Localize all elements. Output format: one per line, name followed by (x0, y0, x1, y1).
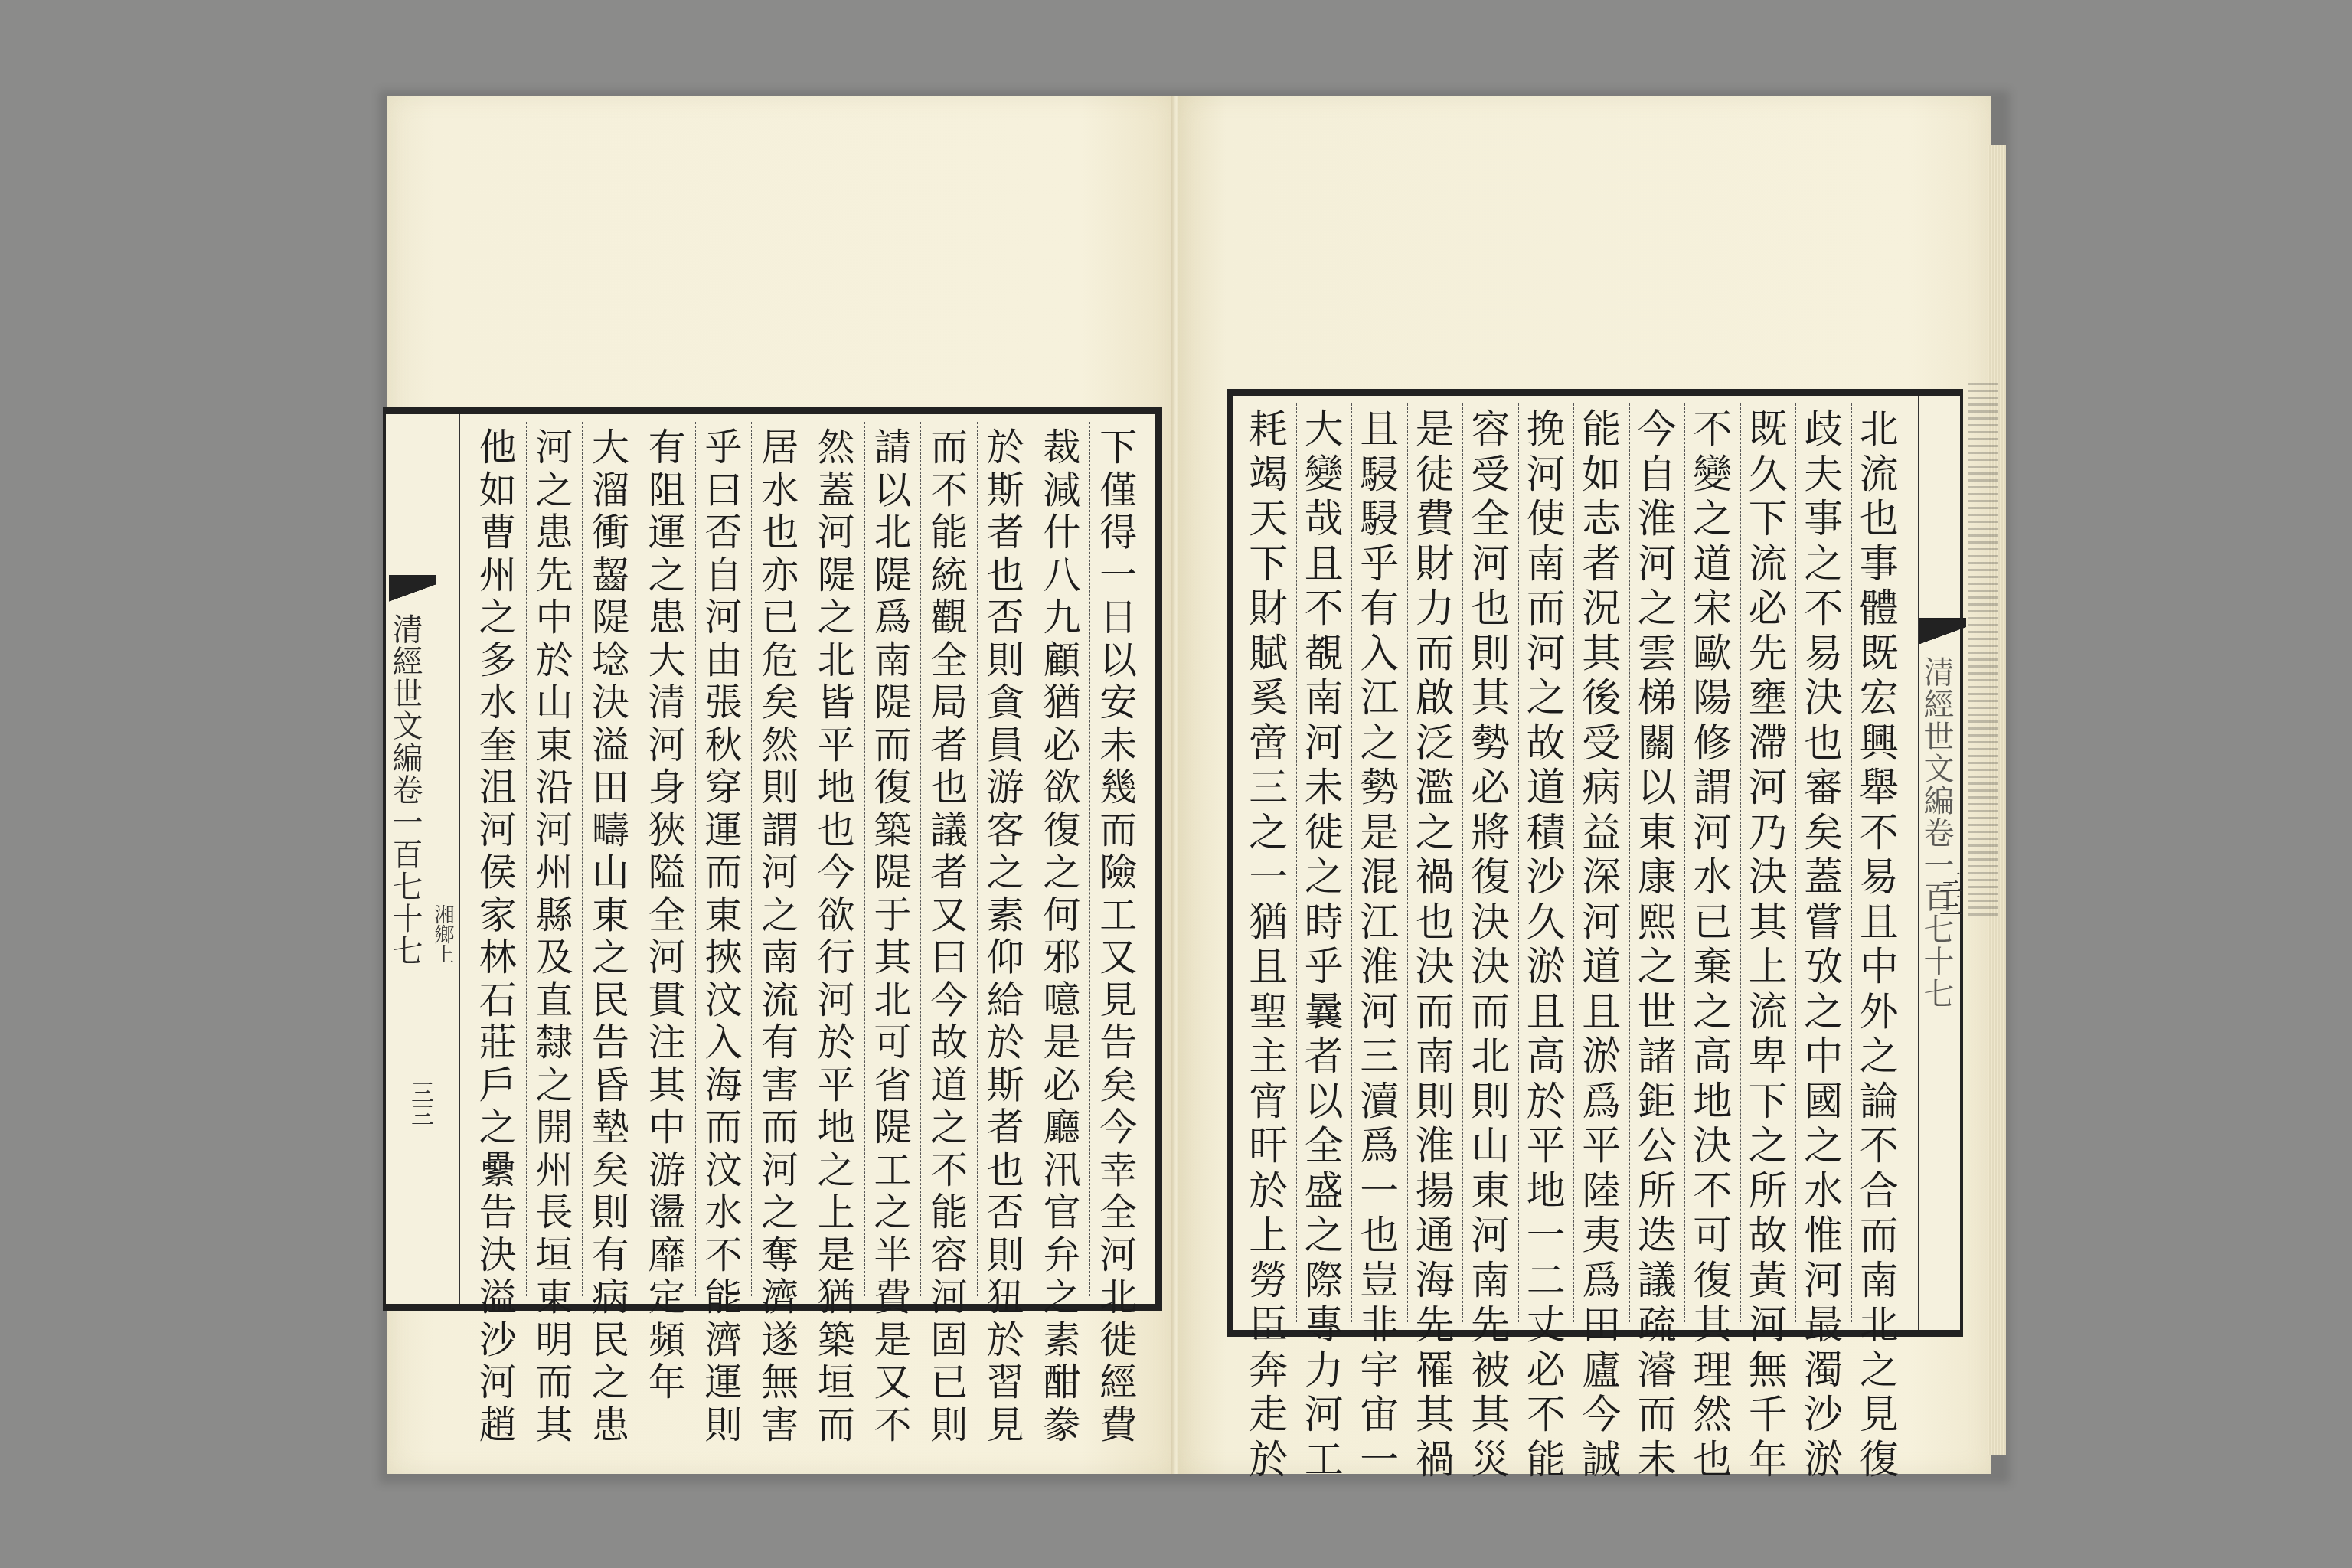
text-column: 居水也亦已危矣然則謂河之南流有害而河之奪濟遂無害 (751, 422, 808, 1296)
character: 矣 (592, 1149, 629, 1192)
character: 工 (874, 1149, 911, 1192)
character: 州 (535, 851, 573, 894)
character: 官 (1043, 1191, 1080, 1234)
character: 主 (1249, 1035, 1288, 1080)
character: 矣 (1804, 812, 1843, 857)
character: 地 (1693, 1080, 1732, 1125)
fishtail-mark-icon (389, 575, 436, 606)
character: 財 (1416, 543, 1455, 588)
character: 且 (1582, 991, 1621, 1036)
character: 地 (818, 1106, 855, 1149)
character: 之 (1804, 1125, 1843, 1170)
character: 豢 (1043, 1404, 1080, 1447)
character: 鉅 (1638, 1080, 1677, 1125)
character: 由 (704, 639, 742, 682)
character: 況 (1582, 587, 1621, 632)
character: 謂 (761, 809, 799, 852)
character: 築 (874, 809, 911, 852)
character: 其 (1471, 677, 1510, 722)
character: 於 (987, 1021, 1024, 1064)
character: 水 (479, 681, 517, 724)
character: 也 (987, 554, 1024, 597)
character: 北 (1860, 408, 1899, 453)
character: 則 (704, 1404, 742, 1447)
character: 歐 (1693, 632, 1732, 678)
character: 素 (987, 894, 1024, 937)
character: 溢 (479, 1276, 517, 1319)
character: 決 (592, 681, 629, 724)
character: 否 (987, 596, 1024, 639)
character: 又 (1099, 936, 1137, 979)
character: 何 (1043, 894, 1080, 937)
character: 費 (1416, 498, 1455, 543)
character: 之 (1860, 1035, 1899, 1080)
character: 八 (1043, 554, 1080, 597)
character: 然 (1693, 1393, 1732, 1439)
text-column: 裁減什八九顧猶必欲復之何邪噫是必廳汛官弁之素酣豢 (1034, 422, 1090, 1296)
character: 之 (1305, 1214, 1344, 1259)
character: 道 (1582, 946, 1621, 991)
character: 噫 (1043, 979, 1080, 1022)
character: 蓋 (818, 469, 855, 512)
character: 壅 (1749, 677, 1788, 722)
character: 者 (1582, 543, 1621, 588)
character: 勢 (1471, 722, 1510, 767)
character: 豈 (1360, 1259, 1399, 1305)
character: 河 (648, 936, 686, 979)
character: 而 (930, 426, 968, 469)
character: 清 (648, 681, 686, 724)
character: 全 (1099, 1191, 1137, 1234)
character: 之 (1749, 1125, 1788, 1170)
character: 不 (930, 469, 968, 512)
character: 之 (479, 1106, 517, 1149)
character: 中 (535, 596, 573, 639)
left-text-columns: 下僅得一日以安未幾而險工又見告矣今幸全河北徙經費裁減什八九顧猶必欲復之何邪噫是必… (470, 422, 1146, 1296)
character: 南 (1527, 543, 1566, 588)
character: 河 (535, 809, 573, 852)
character: 患 (535, 511, 573, 554)
character: 州 (479, 554, 517, 597)
character: 有 (648, 426, 686, 469)
character: 乎 (1360, 543, 1399, 588)
character: 河 (1471, 543, 1510, 588)
character: 年 (1749, 1439, 1788, 1484)
character: 久 (1527, 901, 1566, 946)
character: 則 (761, 766, 799, 809)
character: 道 (1527, 766, 1566, 812)
left-fold-strip: 清經世文編卷一百七十七 湘鄉上 三三 (389, 414, 460, 1304)
character: 否 (987, 1191, 1024, 1234)
character: 經 (1099, 1361, 1137, 1404)
character: 減 (1043, 469, 1080, 512)
character: 國 (1804, 1080, 1843, 1125)
character: 駸 (1360, 498, 1399, 543)
character: 隄 (874, 554, 911, 597)
character: 貫 (648, 979, 686, 1022)
character: 張 (704, 681, 742, 724)
character: 害 (761, 1064, 799, 1107)
text-column: 河之患先中於山東沿河州縣及直隸之開州長垣東明而其 (526, 422, 583, 1296)
character: 今 (1638, 408, 1677, 453)
character: 他 (479, 426, 517, 469)
text-column: 不變之道宋歐陽修謂河水已棄之高地決不可復其理然也 (1684, 403, 1740, 1322)
character: 而 (1471, 991, 1510, 1036)
character: 民 (592, 1319, 629, 1362)
character: 昏 (592, 1064, 629, 1107)
character: 省 (874, 1064, 911, 1107)
character: 之 (818, 1149, 855, 1192)
character: 費 (1099, 1404, 1137, 1447)
character: 決 (479, 1234, 517, 1277)
character: 東 (592, 894, 629, 937)
character: 之 (1693, 991, 1732, 1036)
character: 仰 (987, 936, 1024, 979)
character: 而 (1099, 809, 1137, 852)
character: 統 (930, 554, 968, 597)
character: 濟 (761, 1276, 799, 1319)
character: 田 (1582, 1304, 1621, 1349)
character: 沙 (1804, 1393, 1843, 1439)
character: 水 (761, 469, 799, 512)
character: 大 (648, 639, 686, 682)
character: 先 (1416, 1304, 1455, 1349)
character: 奚 (1249, 677, 1288, 722)
character: 穿 (704, 766, 742, 809)
character: 水 (1804, 1170, 1843, 1215)
character: 下 (1249, 543, 1288, 588)
character: 故 (930, 1021, 968, 1064)
character: 沙 (479, 1319, 517, 1362)
character: 駸 (1360, 453, 1399, 498)
character: 黃 (1749, 1259, 1788, 1305)
character: 然 (761, 724, 799, 767)
character: 全 (1305, 1125, 1344, 1170)
character: 之 (592, 936, 629, 979)
character: 以 (1099, 639, 1137, 682)
character: 熙 (1638, 901, 1677, 946)
character: 河 (1527, 632, 1566, 678)
character: 定 (648, 1276, 686, 1319)
character: 縣 (535, 894, 573, 937)
character: 不 (1305, 587, 1344, 632)
character: 之 (761, 1191, 799, 1234)
character: 全 (930, 639, 968, 682)
character: 運 (704, 809, 742, 852)
character: 曰 (704, 469, 742, 512)
character: 也 (1416, 901, 1455, 946)
character: 非 (1360, 1304, 1399, 1349)
character: 罹 (1416, 1349, 1455, 1394)
character: 且 (1305, 543, 1344, 588)
character: 於 (1527, 1080, 1566, 1125)
character: 乎 (704, 426, 742, 469)
character: 哉 (1305, 498, 1344, 543)
character: 今 (1099, 1106, 1137, 1149)
character: 中 (648, 1106, 686, 1149)
character: 東 (535, 724, 573, 767)
character: 則 (930, 1404, 968, 1447)
character: 復 (1043, 809, 1080, 852)
character: 決 (1471, 946, 1510, 991)
character: 上 (1249, 1214, 1288, 1259)
character: 其 (1582, 632, 1621, 678)
character: 則 (987, 1234, 1024, 1277)
character: 河 (1582, 901, 1621, 946)
character: 二 (1527, 1259, 1566, 1305)
character: 迭 (1638, 1214, 1677, 1259)
character: 之 (930, 1106, 968, 1149)
character: 隄 (818, 554, 855, 597)
character: 後 (1582, 677, 1621, 722)
character: 北 (818, 639, 855, 682)
fishtail-mark-icon (1919, 618, 1966, 648)
character: 而 (818, 1404, 855, 1447)
character: 河 (1693, 812, 1732, 857)
text-column: 然蓋河隄之北皆平地也今欲行河於平地之上是猶築垣而 (808, 422, 864, 1296)
character: 於 (1249, 1439, 1288, 1484)
character: 山 (1471, 1125, 1510, 1170)
character: 瀆 (1360, 1080, 1399, 1125)
text-column: 乎曰否自河由張秋穿運而東挾汶入海而汶水不能濟運則 (695, 422, 752, 1296)
character: 明 (535, 1319, 573, 1362)
character: 也 (930, 766, 968, 809)
character: 如 (1582, 453, 1621, 498)
character: 棄 (1693, 946, 1732, 991)
character: 一 (1099, 554, 1137, 597)
character: 全 (648, 894, 686, 937)
character: 之 (592, 1361, 629, 1404)
character: 之 (479, 596, 517, 639)
character: 疏 (1638, 1304, 1677, 1349)
character: 陽 (1693, 677, 1732, 722)
character: 埝 (592, 639, 629, 682)
fold-title: 清經世文編卷一百七十七 (394, 613, 427, 967)
character: 之 (1804, 543, 1843, 588)
character: 則 (1471, 1080, 1510, 1125)
character: 而 (1527, 587, 1566, 632)
character: 走 (1249, 1393, 1288, 1439)
character: 曹 (479, 511, 517, 554)
character: 必 (1043, 724, 1080, 767)
character: 衝 (592, 511, 629, 554)
character: 欲 (1043, 766, 1080, 809)
character: 議 (1638, 1259, 1677, 1305)
character: 者 (1305, 1035, 1344, 1080)
character: 丈 (1527, 1304, 1566, 1349)
character: 海 (704, 1064, 742, 1107)
character: 大 (592, 426, 629, 469)
character: 纍 (479, 1149, 517, 1192)
character: 啟 (1416, 677, 1455, 722)
character: 入 (1360, 632, 1399, 678)
character: 而 (704, 1106, 742, 1149)
character: 濟 (704, 1319, 742, 1362)
character: 先 (535, 554, 573, 597)
character: 千 (1749, 1393, 1788, 1439)
page-edges-ink-bleed (1968, 383, 1998, 919)
fold-page-number: 三三 (1931, 871, 1965, 916)
character: 河 (1804, 1259, 1843, 1305)
character: 幾 (1099, 766, 1137, 809)
character: 易 (1804, 632, 1843, 678)
character: 而 (535, 1361, 573, 1404)
character: 北 (1860, 1304, 1899, 1349)
character: 隄 (874, 851, 911, 894)
character: 被 (1471, 1349, 1510, 1394)
character: 之 (874, 1191, 911, 1234)
character: 南 (1416, 1035, 1455, 1080)
character: 揚 (1416, 1170, 1455, 1215)
character: 已 (761, 596, 799, 639)
character: 能 (704, 1276, 742, 1319)
character: 啻 (1249, 722, 1288, 767)
character: 勢 (1360, 766, 1399, 812)
fold-title: 清經世文編卷一百七十七 (1925, 656, 1958, 1010)
character: 下 (1099, 426, 1137, 469)
character: 必 (1471, 766, 1510, 812)
character: 矣 (1099, 1064, 1137, 1107)
character: 南 (1305, 677, 1344, 722)
character: 深 (1582, 856, 1621, 901)
character: 觀 (930, 596, 968, 639)
character: 廳 (1043, 1106, 1080, 1149)
character: 濬 (1638, 1349, 1677, 1394)
character: 宵 (1249, 1080, 1288, 1125)
character: 遂 (761, 1319, 799, 1362)
character: 中 (1860, 946, 1899, 991)
character: 世 (1638, 991, 1677, 1036)
character: 覩 (1305, 632, 1344, 678)
character: 論 (1860, 1080, 1899, 1125)
character: 居 (761, 426, 799, 469)
text-column: 有阻運之患大清河身狹隘全河貫注其中游盪靡定頻年 (639, 422, 695, 1296)
character: 梯 (1638, 677, 1677, 722)
character: 平 (1582, 1125, 1621, 1170)
character: 不 (1693, 408, 1732, 453)
character: 是 (874, 1319, 911, 1362)
character: 東 (1471, 1170, 1510, 1215)
character: 力 (1416, 587, 1455, 632)
character: 使 (1527, 498, 1566, 543)
character: 運 (648, 511, 686, 554)
character: 及 (535, 936, 573, 979)
character: 河 (818, 979, 855, 1022)
character: 河 (535, 426, 573, 469)
character: 三 (1360, 1035, 1399, 1080)
character: 險 (1099, 851, 1137, 894)
character: 不 (1527, 1393, 1566, 1439)
character: 變 (1305, 453, 1344, 498)
character: 東 (535, 1276, 573, 1319)
character: 中 (1804, 1035, 1843, 1080)
character: 際 (1305, 1259, 1344, 1305)
character: 議 (930, 809, 968, 852)
character: 顧 (1043, 639, 1080, 682)
character: 頻 (648, 1319, 686, 1362)
character: 之 (1043, 851, 1080, 894)
character: 不 (1860, 1125, 1899, 1170)
character: 南 (874, 639, 911, 682)
character: 僅 (1099, 469, 1137, 512)
character: 斯 (987, 1064, 1024, 1107)
character: 能 (930, 511, 968, 554)
character: 於 (818, 1021, 855, 1064)
character: 盪 (648, 1191, 686, 1234)
character: 汛 (1043, 1149, 1080, 1192)
character: 自 (1638, 453, 1677, 498)
character: 不 (704, 1234, 742, 1277)
character: 能 (930, 1191, 968, 1234)
character: 江 (1360, 901, 1399, 946)
character: 益 (1582, 812, 1621, 857)
right-page-text-frame: 清經世文編卷一百七十七 三三 北流也事體既宏興舉不易且中外之論不合而南北之見復歧… (1227, 389, 1963, 1337)
character: 弁 (1043, 1234, 1080, 1277)
character: 通 (1416, 1214, 1455, 1259)
character: 攷 (1804, 946, 1843, 991)
character: 河 (704, 596, 742, 639)
character: 一 (1249, 856, 1288, 901)
text-column: 既久下流必先壅滯河乃決其上流卑下之所故黃河無千年 (1740, 403, 1796, 1322)
character: 田 (592, 766, 629, 809)
character: 河 (1749, 766, 1788, 812)
character: 什 (1043, 511, 1080, 554)
character: 隘 (648, 851, 686, 894)
character: 素 (1043, 1319, 1080, 1362)
character: 北 (1471, 1035, 1510, 1080)
character: 工 (1305, 1439, 1344, 1484)
character: 害 (761, 1404, 799, 1447)
character: 河 (1471, 1214, 1510, 1259)
character: 也 (818, 809, 855, 852)
character: 靡 (648, 1234, 686, 1277)
character: 病 (592, 1276, 629, 1319)
character: 不 (1860, 812, 1899, 857)
character: 而 (1860, 1214, 1899, 1259)
character: 未 (1099, 724, 1137, 767)
character: 也 (1693, 1439, 1732, 1484)
character: 沙 (1527, 856, 1566, 901)
character: 又 (930, 894, 968, 937)
text-column: 是徒費財力而啟泛濫之禍也決而南則淮揚通海先罹其禍 (1407, 403, 1463, 1322)
text-column: 大溜衝齧隄埝決溢田疇山東之民告昏墊矣則有病民之患 (582, 422, 639, 1296)
character: 合 (1860, 1170, 1899, 1215)
character: 受 (1471, 453, 1510, 498)
character: 危 (761, 639, 799, 682)
character: 工 (1099, 894, 1137, 937)
character: 貪 (987, 681, 1024, 724)
character: 疇 (592, 809, 629, 852)
character: 隄 (592, 596, 629, 639)
character: 久 (1749, 453, 1788, 498)
character: 也 (1360, 1214, 1399, 1259)
character: 河 (818, 511, 855, 554)
character: 復 (1693, 1259, 1732, 1305)
character: 水 (1693, 856, 1732, 901)
character: 猶 (1043, 681, 1080, 724)
character: 淮 (1416, 1125, 1455, 1170)
character: 惟 (1804, 1214, 1843, 1259)
character: 隄 (874, 1106, 911, 1149)
character: 先 (1471, 1304, 1510, 1349)
character: 以 (1305, 1080, 1344, 1125)
character: 淤 (1804, 1439, 1843, 1484)
character: 河 (761, 1149, 799, 1192)
character: 費 (874, 1276, 911, 1319)
character: 誠 (1582, 1439, 1621, 1484)
character: 爲 (1582, 1080, 1621, 1125)
character: 江 (1360, 677, 1399, 722)
